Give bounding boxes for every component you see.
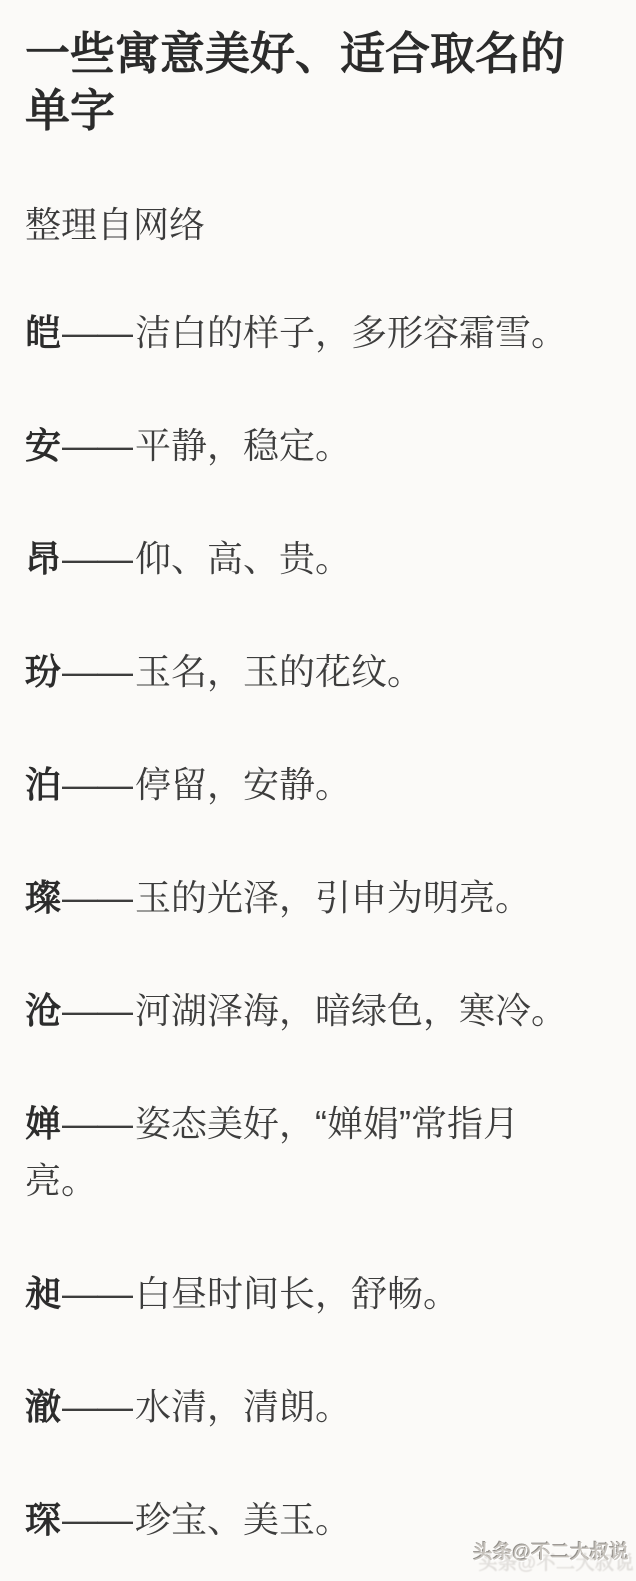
entry-row-chan: 婵——姿态美好，“婵娟”常指月亮。 (25, 1095, 611, 1209)
entry-row-ai: 皑——洁白的样子，多形容霜雪。 (25, 304, 611, 361)
entry-meaning: 水清，清朗。 (135, 1386, 351, 1427)
entry-meaning: 珍宝、美玉。 (135, 1499, 351, 1540)
entry-char: 璨 (25, 877, 61, 918)
article-page: { "page": { "background_color": "#fbfaf8… (0, 0, 636, 1581)
entry-char: 安 (25, 425, 61, 466)
entry-meaning-continuation: 亮。 (25, 1152, 611, 1209)
entry-char: 昶 (25, 1273, 61, 1314)
source-note: 整理自网络 (25, 196, 611, 253)
entry-meaning: 洁白的样子，多形容霜雪。 (135, 312, 567, 353)
page-title: 一些寓意美好、适合取名的单字 (25, 25, 590, 139)
entry-meaning: 白昼时间长，舒畅。 (135, 1273, 459, 1314)
entry-dash: —— (62, 312, 132, 353)
entry-meaning: 玉名，玉的花纹。 (135, 651, 423, 692)
entry-dash: —— (62, 1499, 132, 1540)
entry-dash: —— (62, 1103, 132, 1144)
entry-char: 玢 (25, 651, 61, 692)
entry-row-che: 澈——水清，清朗。 (25, 1378, 611, 1435)
entry-meaning: 平静，稳定。 (135, 425, 351, 466)
entry-dash: —— (62, 990, 132, 1031)
entry-char: 澈 (25, 1386, 61, 1427)
entry-dash: —— (62, 538, 132, 579)
entry-char: 泊 (25, 764, 61, 805)
entry-dash: —— (62, 764, 132, 805)
entry-char: 沧 (25, 990, 61, 1031)
entry-char: 婵 (25, 1103, 61, 1144)
watermark: 头条@不二大叔说 (473, 1540, 629, 1566)
entry-meaning: 河湖泽海，暗绿色，寒冷。 (135, 990, 567, 1031)
entry-meaning: 仰、高、贵。 (135, 538, 351, 579)
entry-row-bin: 玢——玉名，玉的花纹。 (25, 643, 611, 700)
entry-dash: —— (62, 877, 132, 918)
entry-dash: —— (62, 1273, 132, 1314)
entry-row-bo: 泊——停留，安静。 (25, 756, 611, 813)
entry-char: 琛 (25, 1499, 61, 1540)
entries-list: 皑——洁白的样子，多形容霜雪。 安——平静，稳定。 昂——仰、高、贵。 玢——玉… (25, 304, 611, 1548)
entry-char: 皑 (25, 312, 61, 353)
entry-meaning: 停留，安静。 (135, 764, 351, 805)
entry-row-ang: 昂——仰、高、贵。 (25, 530, 611, 587)
entry-row-cang: 沧——河湖泽海，暗绿色，寒冷。 (25, 982, 611, 1039)
entry-dash: —— (62, 1386, 132, 1427)
entry-meaning: 玉的光泽，引申为明亮。 (135, 877, 531, 918)
entry-row-chang: 昶——白昼时间长，舒畅。 (25, 1265, 611, 1322)
entry-char: 昂 (25, 538, 61, 579)
entry-dash: —— (62, 425, 132, 466)
entry-dash: —— (62, 651, 132, 692)
entry-row-can: 璨——玉的光泽，引申为明亮。 (25, 869, 611, 926)
article-content: 一些寓意美好、适合取名的单字 整理自网络 皑——洁白的样子，多形容霜雪。 安——… (0, 0, 636, 1548)
entry-row-an: 安——平静，稳定。 (25, 417, 611, 474)
entry-meaning: 姿态美好，“婵娟”常指月 (135, 1103, 519, 1144)
